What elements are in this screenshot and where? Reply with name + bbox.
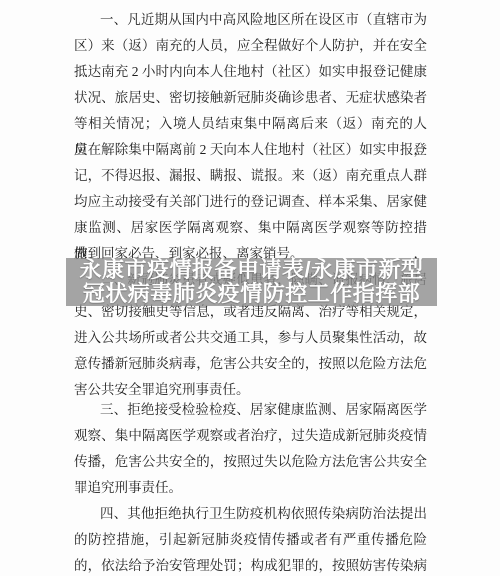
document-line: 三、拒绝接受检验检疫、居家健康监测、居家隔离医学	[74, 397, 427, 423]
document-line: 的，依法给予治安管理处罚；构成犯罪的，按照妨害传染病	[74, 553, 427, 576]
watermark-banner: 永康市疫情报备申请表/永康市新型 冠状病毒肺炎疫情防控工作指挥部	[66, 258, 437, 306]
document-line: 的防控措施，引起新冠肺炎疫情传播或者有严重传播危险	[74, 527, 427, 553]
document-line: 康监测、居家医学隔离观察、集中隔离医学观察等防控措施，	[74, 215, 427, 241]
document-line: 一、凡近期从国内中高风险地区所在设区市（直辖市为	[74, 7, 427, 33]
document-line: 均应主动接受有关部门进行的登记调查、样本采集、居家健	[74, 189, 427, 215]
banner-title-line-2: 冠状病毒肺炎疫情防控工作指挥部	[83, 282, 421, 306]
document-line: 传播，危害公共安全的，按照过失以危险方法危害公共安全	[74, 449, 427, 475]
banner-title-line-1: 永康市疫情报备申请表/永康市新型	[79, 258, 423, 282]
document-line: 进入公共场所或者公共交通工具，参与人员聚集性活动，故	[74, 325, 427, 351]
document-line: 记，不得迟报、漏报、瞒报、谎报。来（返）南充重点人群	[74, 163, 427, 189]
document-line: 观察、集中隔离医学观察或者治疗，过失造成新冠肺炎疫情	[74, 423, 427, 449]
document-line: 状况、旅居史、密切接触新冠肺炎确诊患者、无症状感染者	[74, 85, 427, 111]
document-line: 等相关情况；入境人员结束集中隔离后来（返）南充的人员，	[74, 111, 427, 137]
document-line: 区）来（返）南充的人员，应全程做好个人防护，并在安全	[74, 33, 427, 59]
document-page: 一、凡近期从国内中高风险地区所在设区市（直辖市为区）来（返）南充的人员，应全程做…	[0, 0, 500, 576]
document-line: 抵达南充 2 小时内向本人住地村（社区）如实申报登记健康	[74, 59, 427, 85]
document-line: 意传播新冠肺炎病毒，危害公共安全的，按照以危险方法危	[74, 351, 427, 377]
document-line: 罪追究刑事责任。	[74, 475, 427, 501]
document-line: 应在解除集中隔离前 2 天向本人住地村（社区）如实申报登	[74, 137, 427, 163]
document-line: 四、其他拒绝执行卫生防疫机构依照传染病防治法提出	[74, 501, 427, 527]
